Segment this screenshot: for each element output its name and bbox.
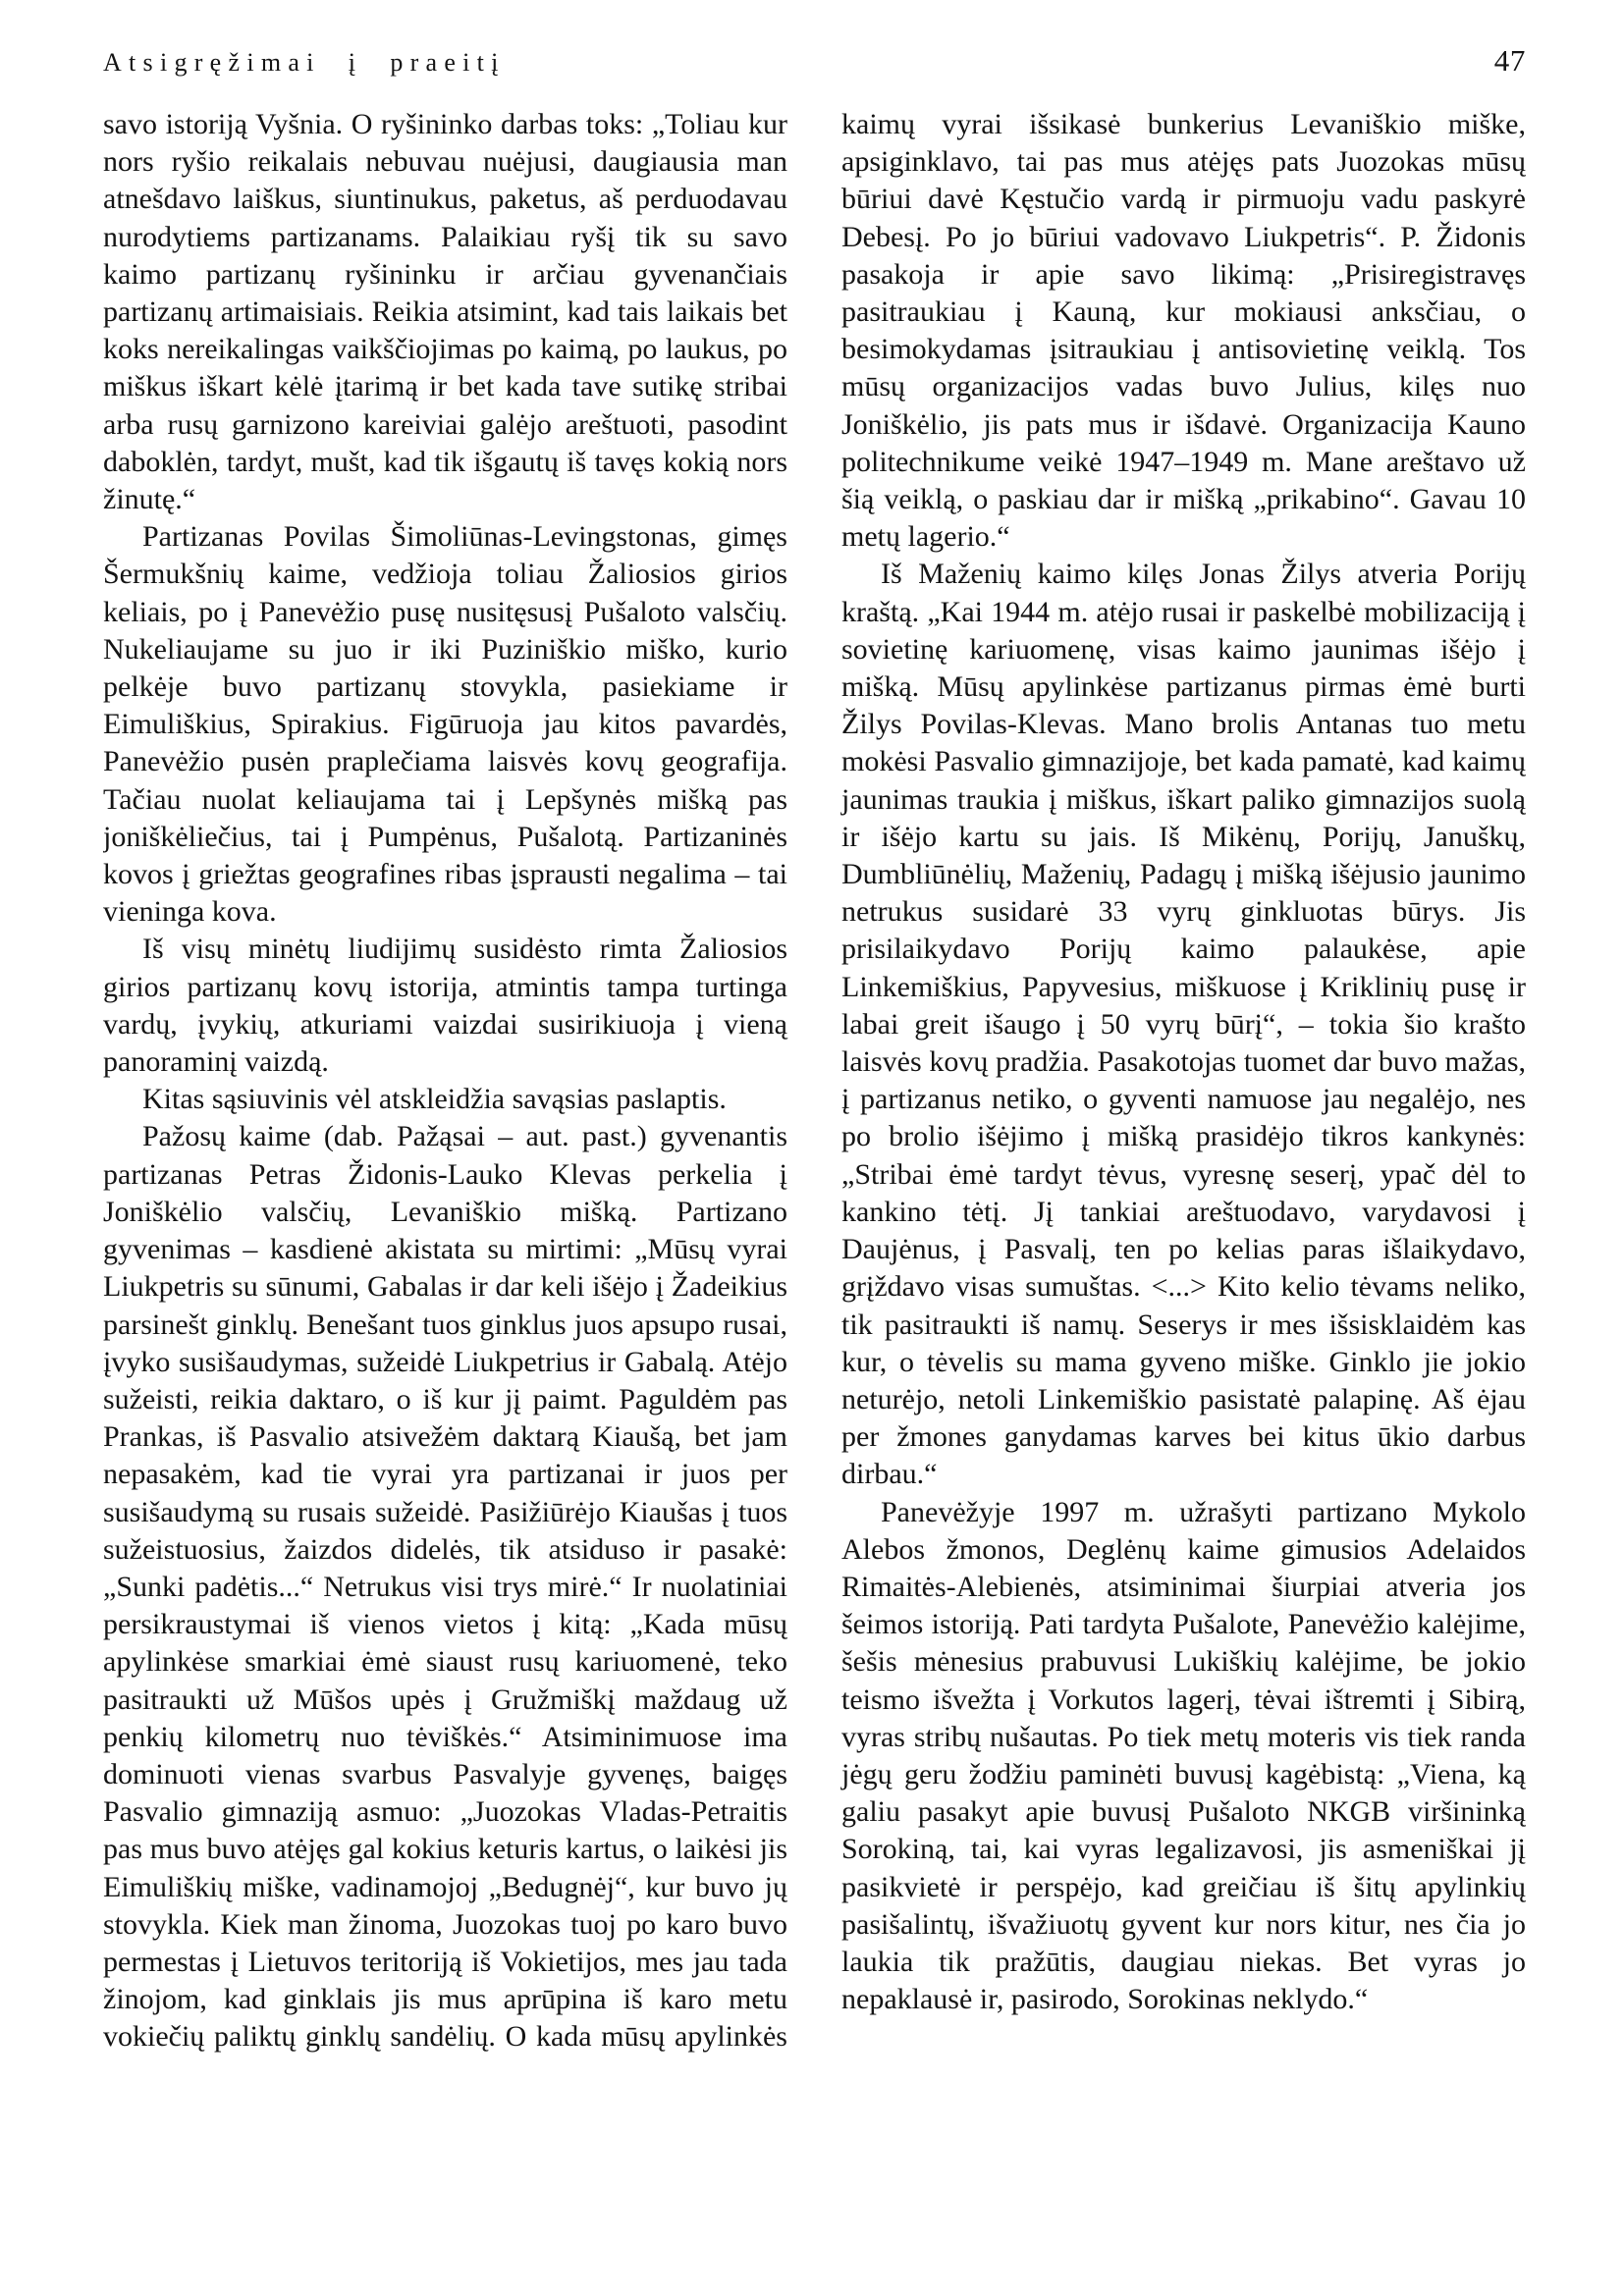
paragraph: Iš visų minėtų liudijimų susidėsto rimta… — [103, 931, 787, 1081]
page-header: Atsigręžimai į praeitį 47 — [103, 43, 1526, 79]
paragraph: savo istoriją Vyšnia. O ryšininko darbas… — [103, 106, 787, 518]
article-text-columns: savo istoriją Vyšnia. O ryšininko darbas… — [103, 106, 1526, 2077]
paragraph: Partizanas Povilas Šimoliūnas-Levingston… — [103, 518, 787, 931]
paragraph: Panevėžyje 1997 m. užrašyti partizano My… — [841, 1494, 1526, 2019]
paragraph: Iš Maženių kaimo kilęs Jonas Žilys atver… — [841, 556, 1526, 1493]
paragraph: Kitas sąsiuvinis vėl atskleidžia savąsia… — [103, 1081, 787, 1118]
book-page: { "header": { "running_title": "Atsigręž… — [0, 0, 1624, 2296]
page-number: 47 — [1494, 43, 1526, 79]
running-title: Atsigręžimai į praeitį — [103, 48, 506, 78]
